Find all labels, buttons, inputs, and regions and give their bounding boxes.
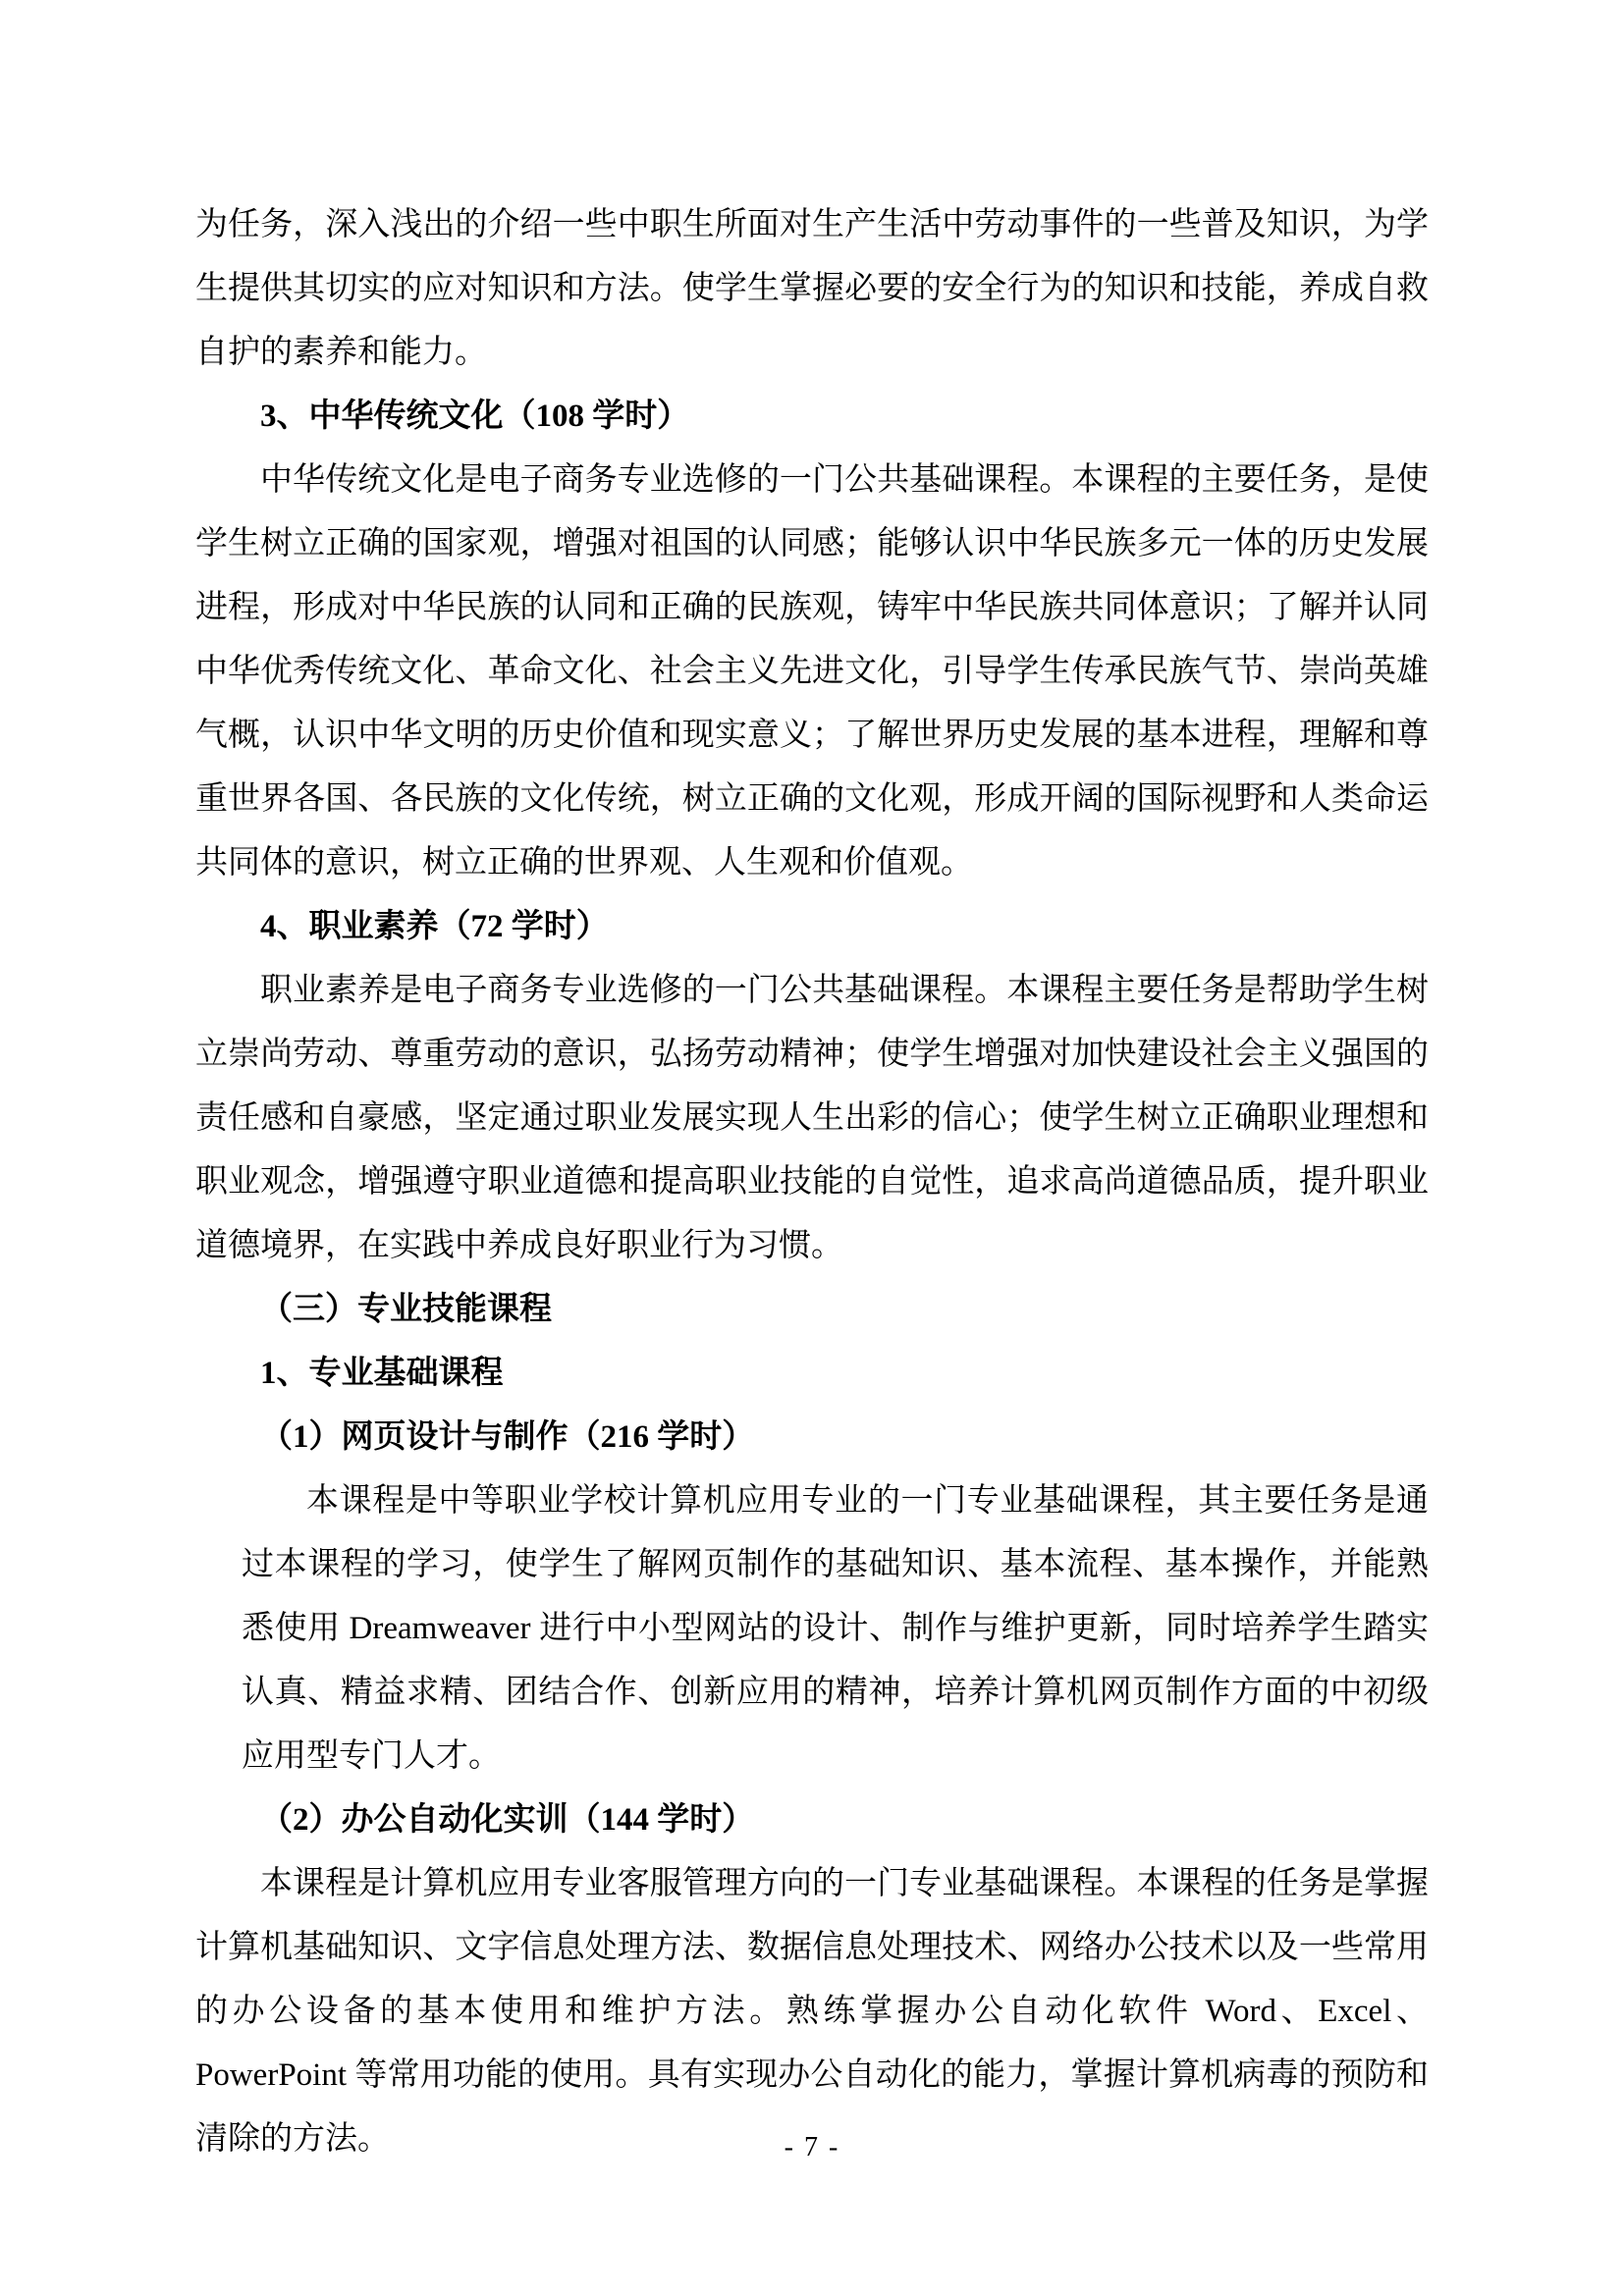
body-paragraph: 中华传统文化是电子商务专业选修的一门公共基础课程。本课程的主要任务，是使学生树立… — [195, 449, 1429, 895]
document-body: 为任务，深入浅出的介绍一些中职生所面对生产生活中劳动事件的一些普及知识，为学生提… — [195, 193, 1429, 2171]
section-heading: 1、专业基础课程 — [195, 1342, 1429, 1406]
section-heading: （1）网页设计与制作（216 学时） — [195, 1406, 1429, 1469]
section-heading: 3、中华传统文化（108 学时） — [195, 385, 1429, 449]
section-heading: （2）办公自动化实训（144 学时） — [195, 1789, 1429, 1852]
body-paragraph: 本课程是中等职业学校计算机应用专业的一门专业基础课程，其主要任务是通过本课程的学… — [242, 1469, 1429, 1789]
section-heading: （三）专业技能课程 — [195, 1278, 1429, 1342]
body-paragraph: 本课程是计算机应用专业客服管理方向的一门专业基础课程。本课程的任务是掌握计算机基… — [195, 1852, 1429, 2171]
page-number: - 7 - — [785, 2132, 840, 2163]
body-paragraph: 职业素养是电子商务专业选修的一门公共基础课程。本课程主要任务是帮助学生树立崇尚劳… — [195, 959, 1429, 1278]
body-paragraph: 为任务，深入浅出的介绍一些中职生所面对生产生活中劳动事件的一些普及知识，为学生提… — [195, 193, 1429, 385]
page-footer: - 7 - — [0, 2131, 1624, 2164]
section-heading: 4、职业素养（72 学时） — [195, 895, 1429, 959]
document-page: 为任务，深入浅出的介绍一些中职生所面对生产生活中劳动事件的一些普及知识，为学生提… — [0, 0, 1624, 2296]
